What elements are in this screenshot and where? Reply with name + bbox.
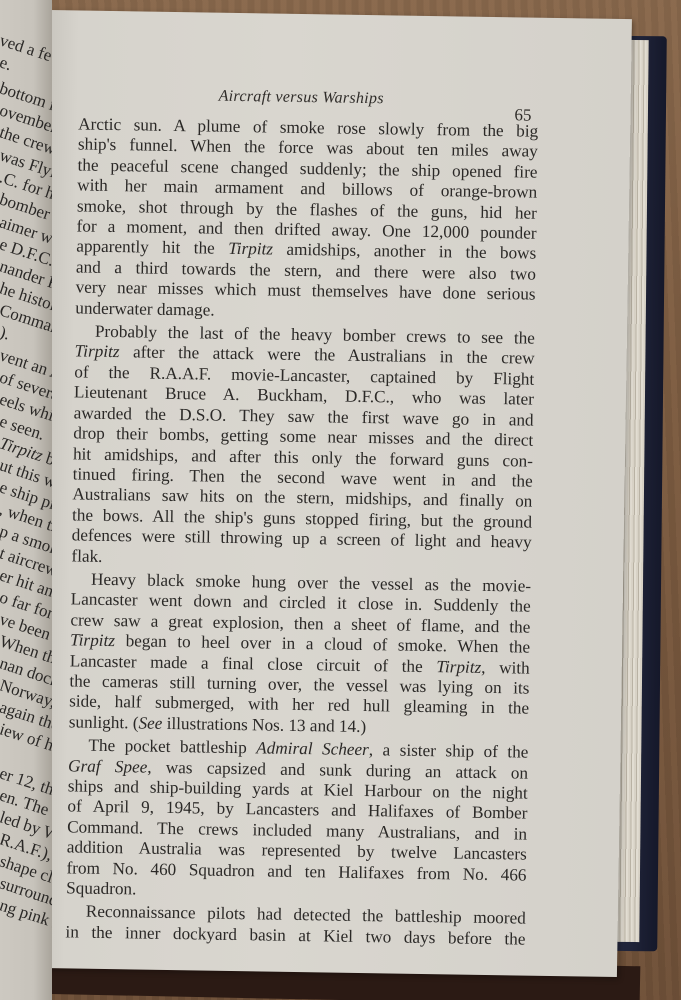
paragraph: Heavy black smoke hung over the vessel a… bbox=[69, 569, 532, 739]
body-text: Arctic sun. A plume of smoke rose slowly… bbox=[65, 114, 538, 949]
left-page-fragment: ). bbox=[0, 322, 13, 344]
left-page: ved a fewe.bottom in Tovember 12,the cre… bbox=[0, 0, 52, 1000]
right-page: Aircraft versus Warships 65 Arctic sun. … bbox=[35, 10, 632, 977]
paragraph: Probably the last of the heavy bomber cr… bbox=[71, 321, 535, 573]
paragraph: Arctic sun. A plume of smoke rose slowly… bbox=[75, 114, 538, 325]
running-head: Aircraft versus Warships bbox=[219, 88, 384, 109]
paragraph: The pocket battleship Admiral Scheer, a … bbox=[66, 736, 529, 906]
left-page-fragment: e. bbox=[0, 52, 14, 75]
paragraph: Reconnaissance pilots had detected the b… bbox=[65, 902, 526, 950]
